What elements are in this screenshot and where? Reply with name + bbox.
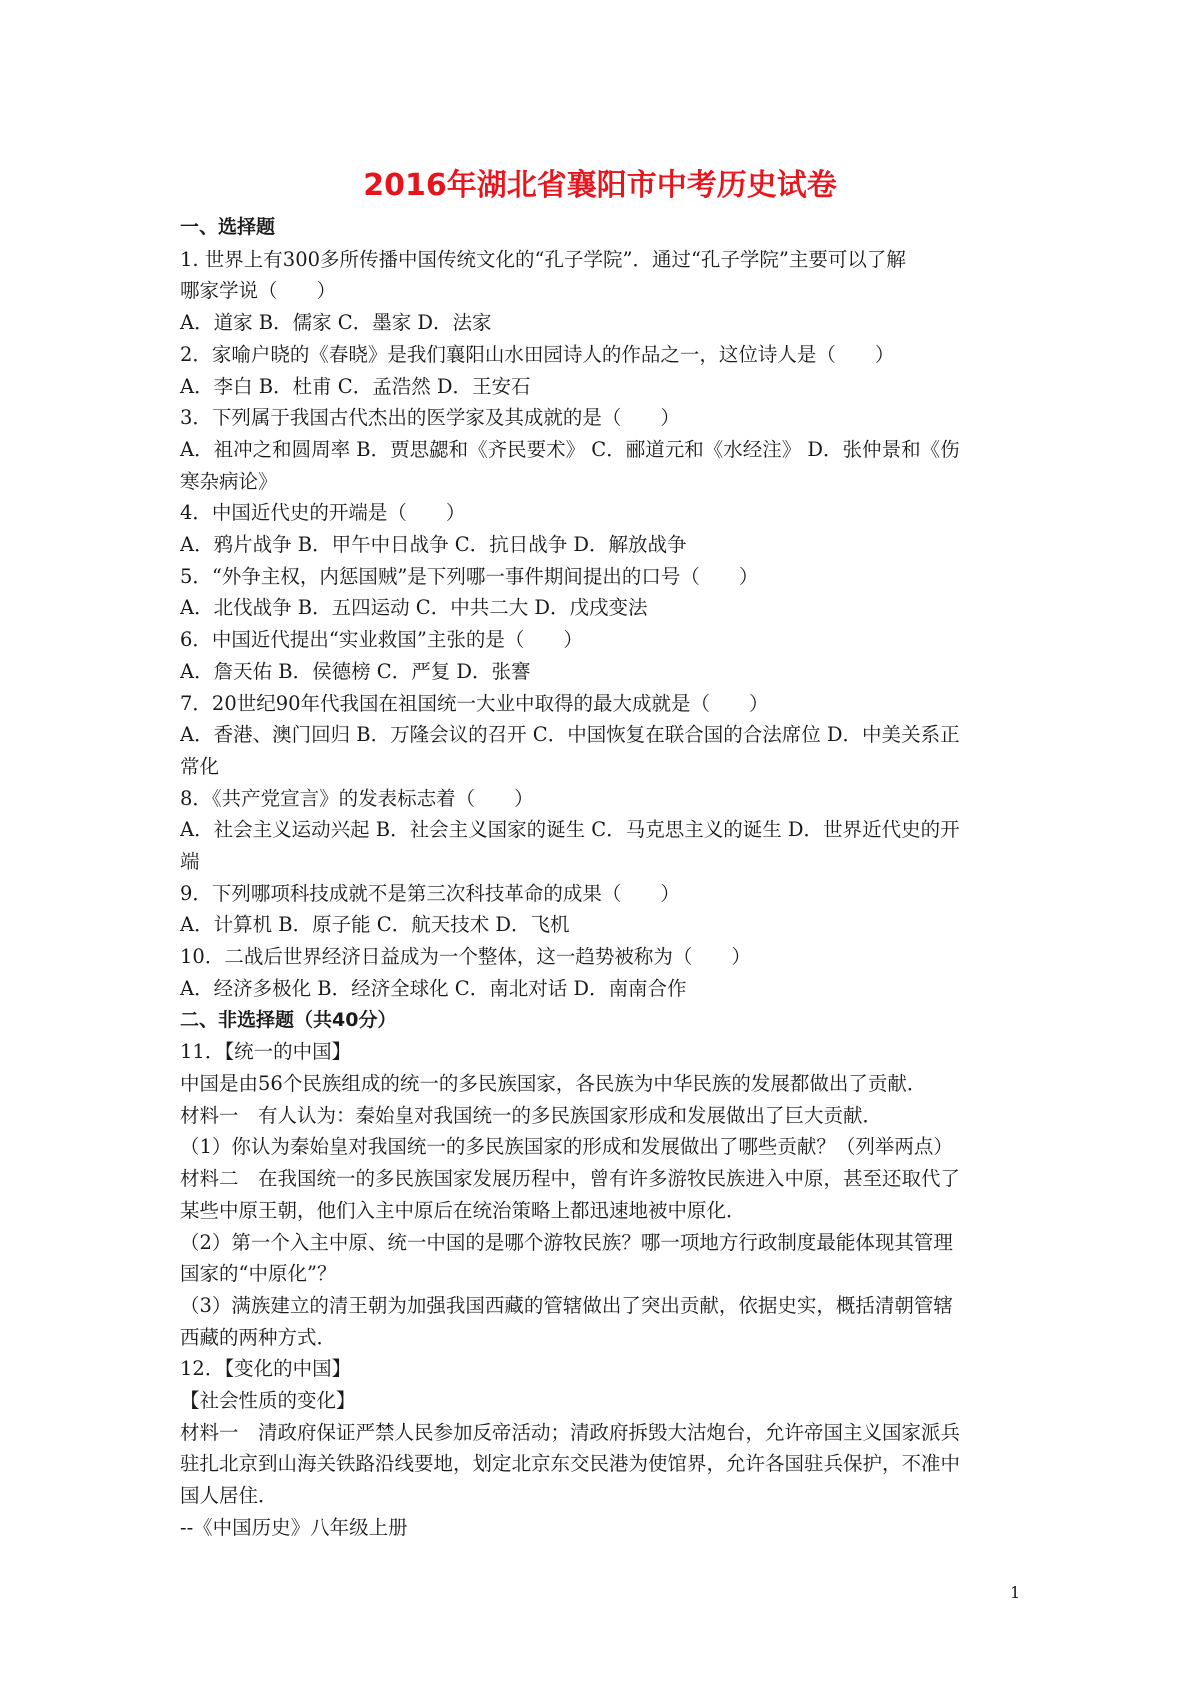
question-12-subheading: 【社会性质的变化】 — [180, 1385, 1030, 1417]
question-9-stem: 9．下列哪项科技成就不是第三次科技革命的成果（ ） — [180, 878, 1030, 910]
question-7-options: A．香港、澳门回归 B．万隆会议的召开 C．中国恢复在联合国的合法席位 D．中美… — [180, 719, 1030, 751]
question-10-options: A．经济多极化 B．经济全球化 C．南北对话 D．南南合作 — [180, 973, 1030, 1005]
question-8-options-cont: 端 — [180, 846, 1030, 878]
section-heading-nonchoice: 二、非选择题（共40分） — [180, 1005, 1030, 1037]
question-11-heading: 11．【统一的中国】 — [180, 1036, 1030, 1068]
question-12-material-1-cont: 驻扎北京到山海关铁路沿线要地，划定北京东交民港为使馆界，允许各国驻兵保护，不准中 — [180, 1448, 1030, 1480]
question-3-options: A．祖冲之和圆周率 B．贾思勰和《齐民要术》 C．郦道元和《水经注》 D．张仲景… — [180, 434, 1030, 466]
question-11-sub-3-cont: 西藏的两种方式． — [180, 1322, 1030, 1354]
question-4-stem: 4．中国近代史的开端是（ ） — [180, 497, 1030, 529]
question-5-options: A．北伐战争 B．五四运动 C．中共二大 D．戊戌变法 — [180, 592, 1030, 624]
question-12-material-1-cont2: 国人居住． — [180, 1480, 1030, 1512]
question-1-stem: 1. 世界上有300多所传播中国传统文化的“孔子学院”．通过“孔子学院”主要可以… — [180, 244, 1030, 276]
section-heading-choice: 一、选择题 — [180, 212, 1030, 244]
question-9-options: A．计算机 B．原子能 C．航天技术 D．飞机 — [180, 909, 1030, 941]
question-11-sub-2: （2）第一个入主中原、统一中国的是哪个游牧民族？哪一项地方行政制度最能体现其管理 — [180, 1227, 1030, 1259]
question-10-stem: 10．二战后世界经济日益成为一个整体，这一趋势被称为（ ） — [180, 941, 1030, 973]
exam-page: 2016年湖北省襄阳市中考历史试卷 一、选择题 1. 世界上有300多所传播中国… — [0, 0, 1200, 1698]
question-3-stem: 3．下列属于我国古代杰出的医学家及其成就的是（ ） — [180, 402, 1030, 434]
question-11-sub-2-cont: 国家的“中原化”？ — [180, 1258, 1030, 1290]
question-4-options: A．鸦片战争 B．甲午中日战争 C．抗日战争 D．解放战争 — [180, 529, 1030, 561]
document-title: 2016年湖北省襄阳市中考历史试卷 — [0, 160, 1200, 204]
question-6-options: A．詹天佑 B．侯德榜 C．严复 D．张謇 — [180, 656, 1030, 688]
question-11-material-2: 材料二 在我国统一的多民族国家发展历程中，曾有许多游牧民族进入中原，甚至还取代了 — [180, 1163, 1030, 1195]
question-2-stem: 2．家喻户晓的《春晓》是我们襄阳山水田园诗人的作品之一，这位诗人是（ ） — [180, 339, 1030, 371]
question-2-options: A．李白 B．杜甫 C．孟浩然 D．王安石 — [180, 371, 1030, 403]
question-8-stem: 8．《共产党宣言》的发表标志着（ ） — [180, 783, 1030, 815]
page-number: 1 — [1010, 1583, 1020, 1602]
question-7-stem: 7．20世纪90年代我国在祖国统一大业中取得的最大成就是（ ） — [180, 688, 1030, 720]
question-12-source: --《中国历史》八年级上册 — [180, 1512, 1030, 1544]
question-1-options: A．道家 B．儒家 C．墨家 D．法家 — [180, 307, 1030, 339]
document-body: 一、选择题 1. 世界上有300多所传播中国传统文化的“孔子学院”．通过“孔子学… — [180, 212, 1030, 1544]
question-11-material-1: 材料一 有人认为：秦始皇对我国统一的多民族国家形成和发展做出了巨大贡献． — [180, 1100, 1030, 1132]
question-7-options-cont: 常化 — [180, 751, 1030, 783]
question-11-material-2-cont: 某些中原王朝，他们入主中原后在统治策略上都迅速地被中原化． — [180, 1195, 1030, 1227]
question-1-stem-cont: 哪家学说（ ） — [180, 275, 1030, 307]
question-8-options: A．社会主义运动兴起 B．社会主义国家的诞生 C．马克思主义的诞生 D．世界近代… — [180, 814, 1030, 846]
question-12-material-1: 材料一 清政府保证严禁人民参加反帝活动；清政府拆毁大沽炮台，允许帝国主义国家派兵 — [180, 1417, 1030, 1449]
question-11-sub-3: （3）满族建立的清王朝为加强我国西藏的管辖做出了突出贡献，依据史实，概括清朝管辖 — [180, 1290, 1030, 1322]
question-12-heading: 12．【变化的中国】 — [180, 1353, 1030, 1385]
question-11-sub-1: （1）你认为秦始皇对我国统一的多民族国家的形成和发展做出了哪些贡献？（列举两点） — [180, 1131, 1030, 1163]
question-6-stem: 6．中国近代提出“实业救国”主张的是（ ） — [180, 624, 1030, 656]
question-11-intro: 中国是由56个民族组成的统一的多民族国家，各民族为中华民族的发展都做出了贡献． — [180, 1068, 1030, 1100]
question-5-stem: 5．“外争主权，内惩国贼”是下列哪一事件期间提出的口号（ ） — [180, 561, 1030, 593]
question-3-options-cont: 寒杂病论》 — [180, 466, 1030, 498]
